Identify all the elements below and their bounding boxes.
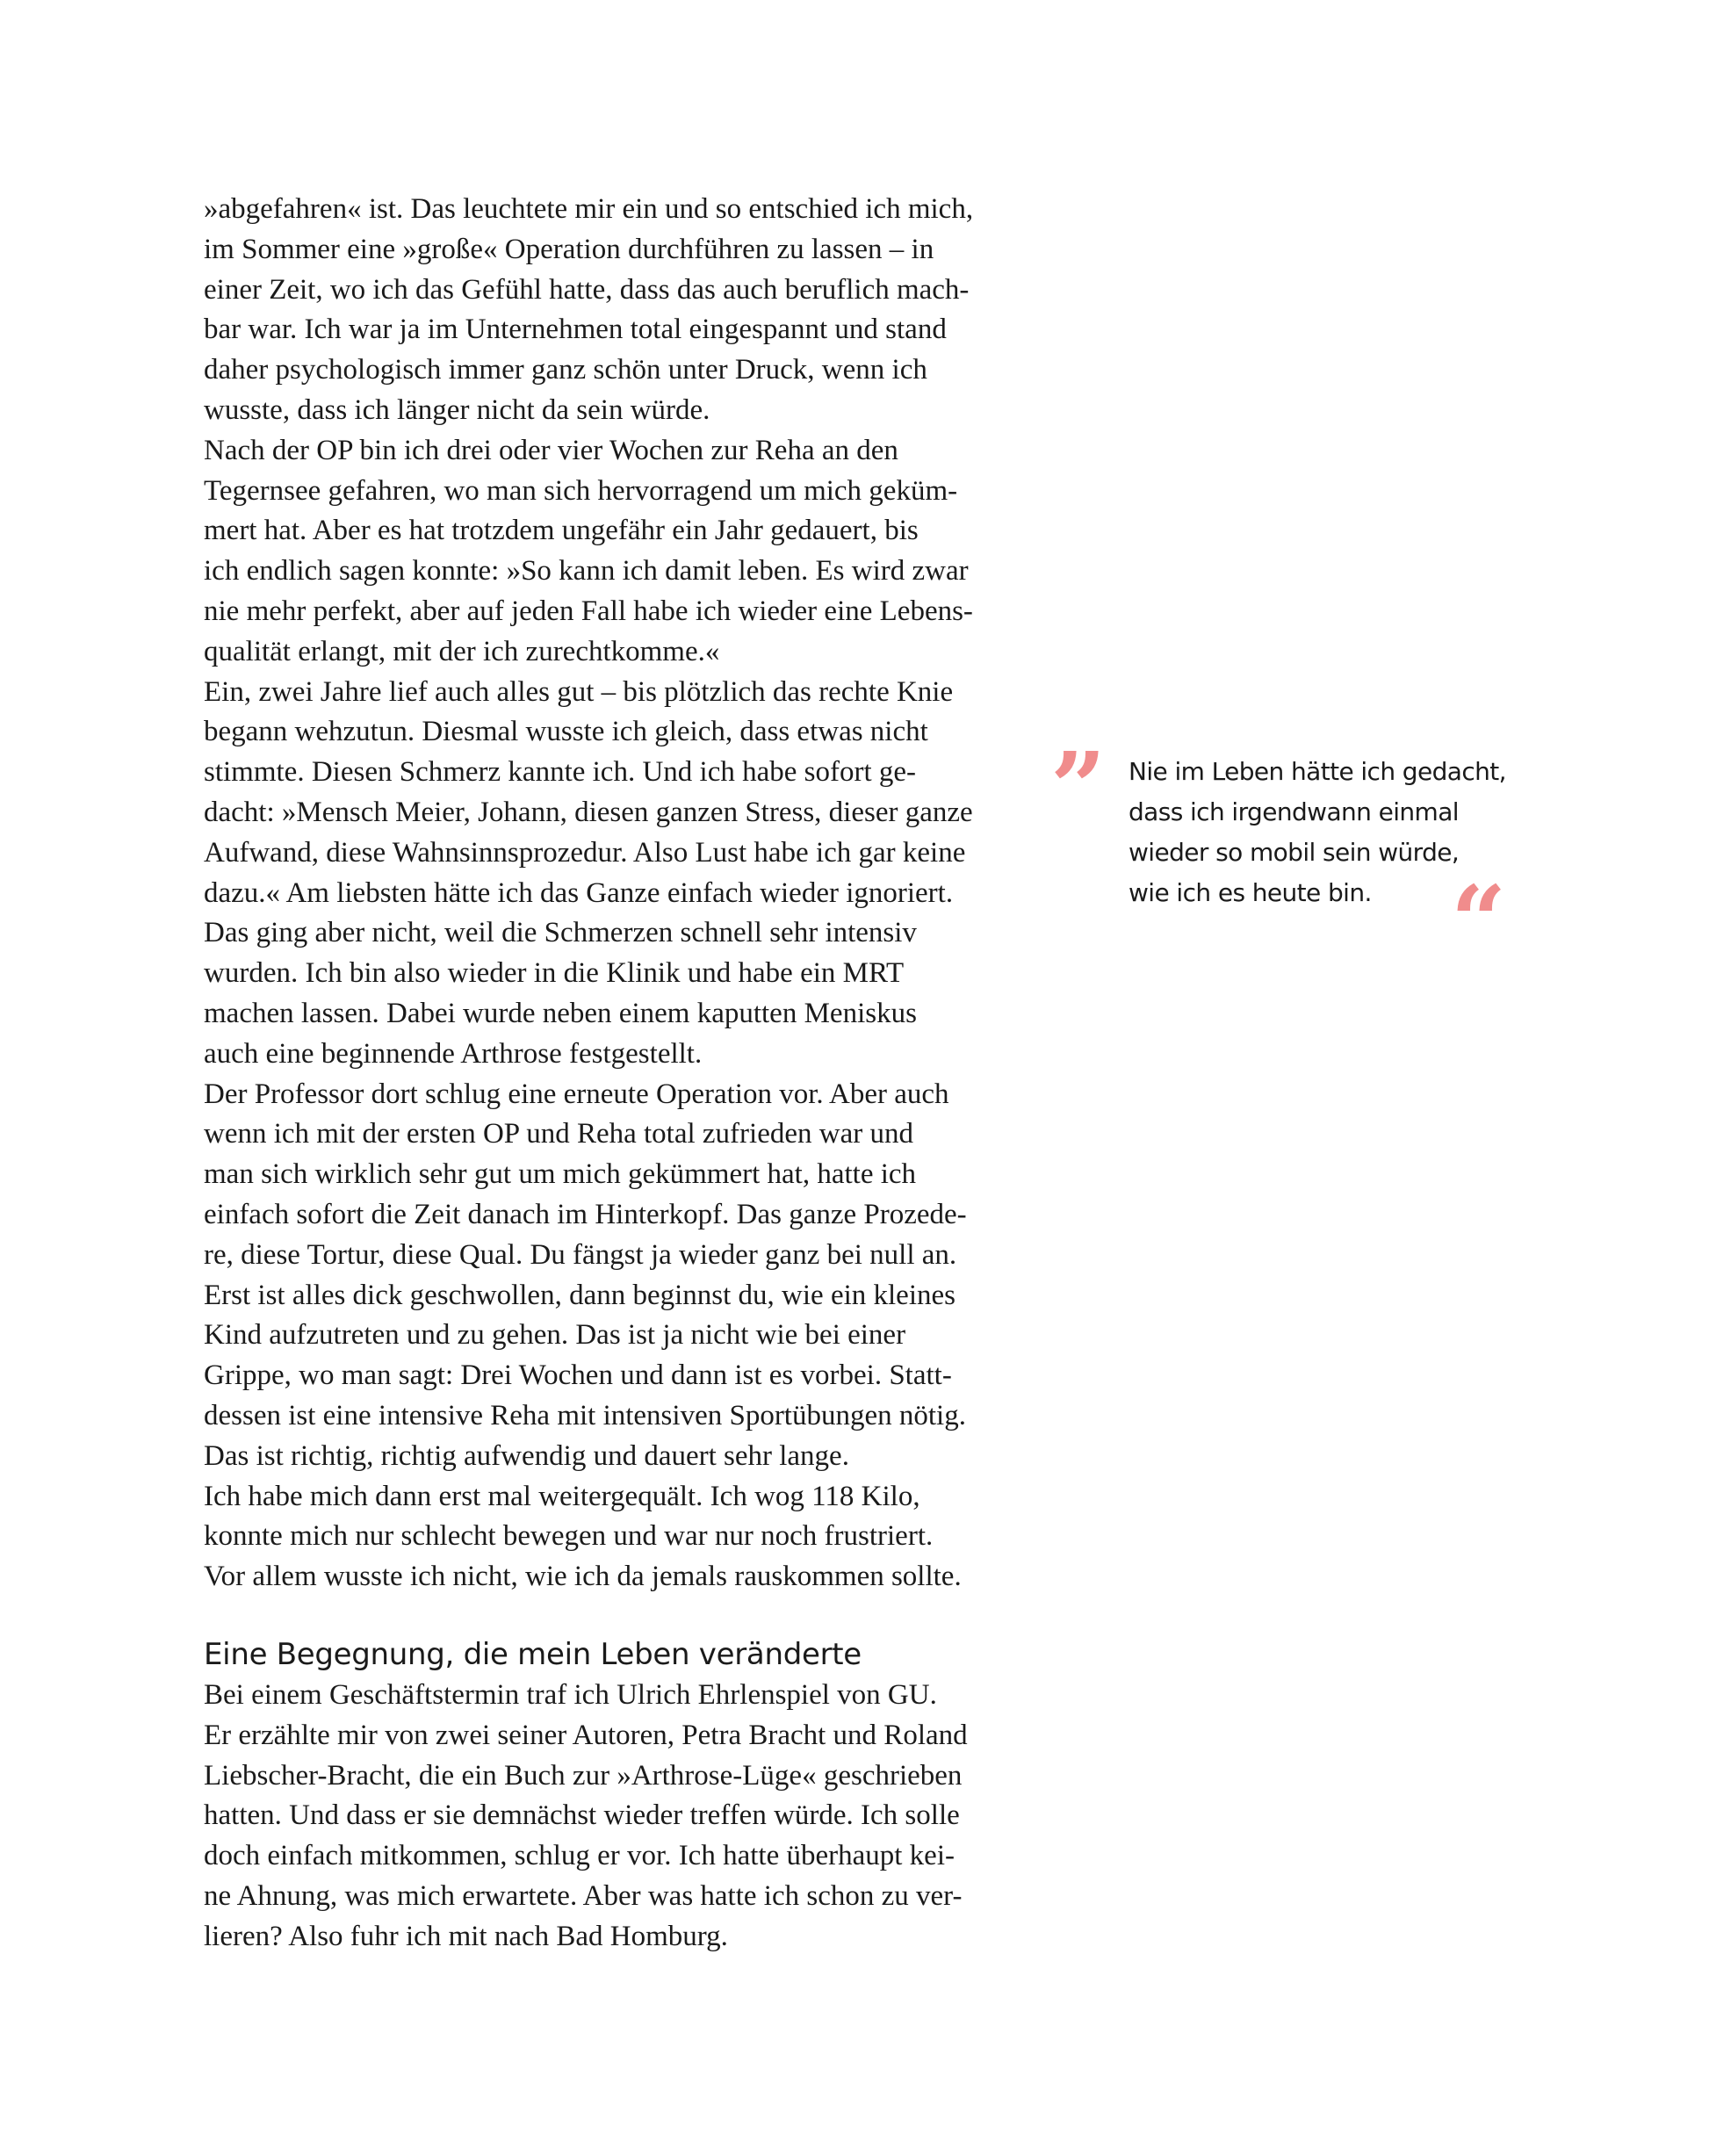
text-line: Grippe, wo man sagt: Drei Wochen und dan… xyxy=(204,1356,994,1396)
text-line: Bei einem Geschäftstermin traf ich Ulric… xyxy=(204,1676,994,1716)
text-line: einfach sofort die Zeit danach im Hinter… xyxy=(204,1195,994,1236)
text-line: stimmte. Diesen Schmerz kannte ich. Und … xyxy=(204,753,994,793)
section-heading: Eine Begegnung, die mein Leben verändert… xyxy=(204,1635,862,1674)
close-quote-icon: “ xyxy=(1451,873,1506,970)
text-line: Der Professor dort schlug eine erneute O… xyxy=(204,1075,994,1115)
text-line: auch eine beginnende Arthrose festgestel… xyxy=(204,1035,994,1075)
text-line: dessen ist eine intensive Reha mit inten… xyxy=(204,1396,994,1437)
section-body-text: Bei einem Geschäftstermin traf ich Ulric… xyxy=(204,1676,994,1958)
text-line: begann wehzutun. Diesmal wusste ich glei… xyxy=(204,712,994,753)
text-line: wurden. Ich bin also wieder in die Klini… xyxy=(204,954,994,994)
body-text: »abgefahren« ist. Das leuchtete mir ein … xyxy=(204,190,994,1597)
book-page: »abgefahren« ist. Das leuchtete mir ein … xyxy=(0,0,1709,2156)
text-line: ne Ahnung, was mich erwartete. Aber was … xyxy=(204,1877,994,1917)
text-line: doch einfach mitkommen, schlug er vor. I… xyxy=(204,1836,994,1877)
text-line: wenn ich mit der ersten OP und Reha tota… xyxy=(204,1114,994,1155)
text-line: bar war. Ich war ja im Unternehmen total… xyxy=(204,310,994,350)
text-line: Nach der OP bin ich drei oder vier Woche… xyxy=(204,431,994,472)
text-line: qualität erlangt, mit der ich zurechtkom… xyxy=(204,632,994,673)
text-line: Liebscher-Bracht, die ein Buch zur »Arth… xyxy=(204,1756,994,1797)
text-line: nie mehr perfekt, aber auf jeden Fall ha… xyxy=(204,592,994,632)
quote-line: Nie im Leben hätte ich gedacht, xyxy=(1129,752,1532,792)
text-line: Das ist richtig, richtig aufwendig und d… xyxy=(204,1437,994,1477)
text-line: konnte mich nur schlecht bewegen und war… xyxy=(204,1517,994,1557)
text-line: wusste, dass ich länger nicht da sein wü… xyxy=(204,391,994,431)
text-line: hatten. Und dass er sie demnächst wieder… xyxy=(204,1796,994,1836)
text-line: Das ging aber nicht, weil die Schmerzen … xyxy=(204,913,994,954)
text-line: Er erzählte mir von zwei seiner Autoren,… xyxy=(204,1716,994,1756)
text-line: man sich wirklich sehr gut um mich geküm… xyxy=(204,1155,994,1195)
text-line: re, diese Tortur, diese Qual. Du fängst … xyxy=(204,1236,994,1276)
text-line: im Sommer eine »große« Operation durchfü… xyxy=(204,230,994,270)
text-line: dacht: »Mensch Meier, Johann, diesen gan… xyxy=(204,793,994,833)
text-line: Erst ist alles dick geschwollen, dann be… xyxy=(204,1276,994,1316)
text-line: Kind aufzutreten und zu gehen. Das ist j… xyxy=(204,1316,994,1356)
text-line: machen lassen. Dabei wurde neben einem k… xyxy=(204,994,994,1035)
text-line: Ein, zwei Jahre lief auch alles gut – bi… xyxy=(204,673,994,713)
text-line: daher psychologisch immer ganz schön unt… xyxy=(204,350,994,391)
text-line: »abgefahren« ist. Das leuchtete mir ein … xyxy=(204,190,994,230)
text-line: Aufwand, diese Wahnsinnsprozedur. Also L… xyxy=(204,833,994,874)
text-line: lieren? Also fuhr ich mit nach Bad Hombu… xyxy=(204,1917,994,1958)
text-line: Vor allem wusste ich nicht, wie ich da j… xyxy=(204,1557,994,1597)
quote-line: dass ich irgendwann einmal xyxy=(1129,792,1532,833)
text-line: dazu.« Am liebsten hätte ich das Ganze e… xyxy=(204,874,994,914)
text-line: Tegernsee gefahren, wo man sich hervorra… xyxy=(204,472,994,512)
text-line: Ich habe mich dann erst mal weitergequäl… xyxy=(204,1477,994,1518)
text-line: mert hat. Aber es hat trotzdem ungefähr … xyxy=(204,511,994,552)
text-line: ich endlich sagen konnte: »So kann ich d… xyxy=(204,552,994,592)
text-line: einer Zeit, wo ich das Gefühl hatte, das… xyxy=(204,270,994,311)
open-quote-icon: ” xyxy=(1050,739,1106,836)
